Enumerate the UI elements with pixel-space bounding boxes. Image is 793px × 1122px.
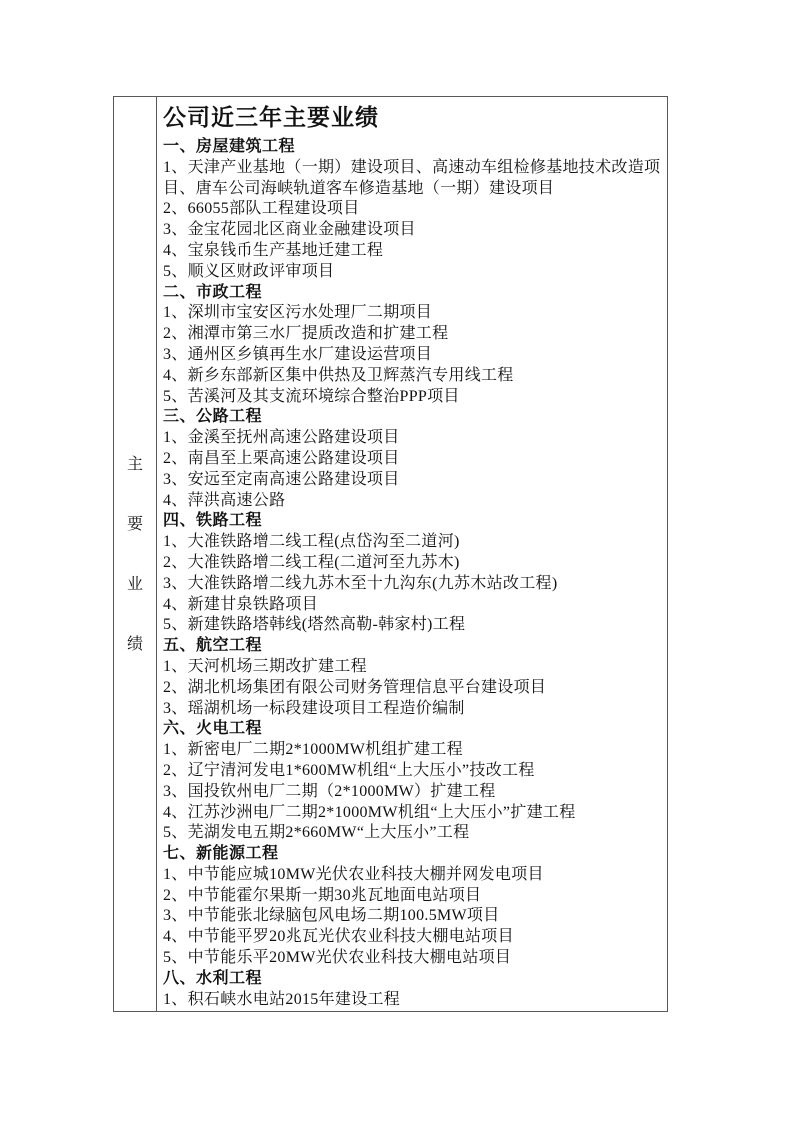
section-item: 5、顺义区财政评审项目 <box>163 262 661 283</box>
section-heading: 二、市政工程 <box>163 283 661 304</box>
section-item: 3、安远至定南高速公路建设项目 <box>163 470 661 491</box>
section-item: 3、大准铁路增二线九苏木至十九沟东(九苏木站改工程) <box>163 574 661 595</box>
section-item: 5、新建铁路塔韩线(塔然高勒-韩家村)工程 <box>163 615 661 636</box>
section-item: 4、宝泉钱币生产基地迁建工程 <box>163 241 661 262</box>
performance-table: 主 要 业 绩 公司近三年主要业绩 一、房屋建筑工程1、天津产业基地（一期）建设… <box>113 96 668 1012</box>
section-heading: 六、火电工程 <box>163 719 661 740</box>
section-item: 1、中节能应城10MW光伏农业科技大棚并网发电项目 <box>163 865 661 886</box>
row-header-char: 主 <box>127 456 143 473</box>
section-item: 4、中节能平罗20兆瓦光伏农业科技大棚电站项目 <box>163 927 661 948</box>
row-header-char: 绩 <box>127 636 143 653</box>
page-title: 公司近三年主要业绩 <box>163 102 661 133</box>
section-item: 3、通州区乡镇再生水厂建设运营项目 <box>163 345 661 366</box>
section-heading: 八、水利工程 <box>163 969 661 990</box>
section-item: 2、湖北机场集团有限公司财务管理信息平台建设项目 <box>163 678 661 699</box>
section-item: 4、新乡东部新区集中供热及卫辉蒸汽专用线工程 <box>163 366 661 387</box>
section-item: 2、中节能霍尔果斯一期30兆瓦地面电站项目 <box>163 886 661 907</box>
section-item: 5、中节能乐平20MW光伏农业科技大棚电站项目 <box>163 948 661 969</box>
sections-container: 一、房屋建筑工程1、天津产业基地（一期）建设项目、高速动车组检修基地技术改造项目… <box>163 137 661 1010</box>
document-page: 主 要 业 绩 公司近三年主要业绩 一、房屋建筑工程1、天津产业基地（一期）建设… <box>0 0 793 1122</box>
section-item: 3、中节能张北绿脑包风电场二期100.5MW项目 <box>163 906 661 927</box>
section-item: 5、芜湖发电五期2*660MW“上大压小”工程 <box>163 823 661 844</box>
section-item: 2、辽宁清河发电1*600MW机组“上大压小”技改工程 <box>163 761 661 782</box>
section-heading: 三、公路工程 <box>163 407 661 428</box>
section-heading: 五、航空工程 <box>163 636 661 657</box>
row-header-char: 要 <box>127 516 143 533</box>
section-item: 4、江苏沙洲电厂二期2*1000MW机组“上大压小”扩建工程 <box>163 803 661 824</box>
section-item: 2、66055部队工程建设项目 <box>163 199 661 220</box>
section-item: 1、深圳市宝安区污水处理厂二期项目 <box>163 303 661 324</box>
section-item: 5、苦溪河及其支流环境综合整治PPP项目 <box>163 387 661 408</box>
section-item: 3、瑶湖机场一标段建设项目工程造价编制 <box>163 699 661 720</box>
section-item: 3、金宝花园北区商业金融建设项目 <box>163 220 661 241</box>
section-heading: 一、房屋建筑工程 <box>163 137 661 158</box>
content-cell: 公司近三年主要业绩 一、房屋建筑工程1、天津产业基地（一期）建设项目、高速动车组… <box>157 97 667 1011</box>
row-header-cell: 主 要 业 绩 <box>114 97 157 1011</box>
section-item: 4、萍洪高速公路 <box>163 491 661 512</box>
section-item: 1、天河机场三期改扩建工程 <box>163 657 661 678</box>
section-item: 1、金溪至抚州高速公路建设项目 <box>163 428 661 449</box>
section-item: 1、积石峡水电站2015年建设工程 <box>163 990 661 1011</box>
section-item: 1、天津产业基地（一期）建设项目、高速动车组检修基地技术改造项目、唐车公司海峡轨… <box>163 158 661 200</box>
section-item: 2、南昌至上栗高速公路建设项目 <box>163 449 661 470</box>
section-item: 1、大准铁路增二线工程(点岱沟至二道河) <box>163 532 661 553</box>
section-item: 1、新密电厂二期2*1000MW机组扩建工程 <box>163 740 661 761</box>
section-item: 2、湘潭市第三水厂提质改造和扩建工程 <box>163 324 661 345</box>
section-item: 2、大准铁路增二线工程(二道河至九苏木) <box>163 553 661 574</box>
section-heading: 四、铁路工程 <box>163 511 661 532</box>
row-header-char: 业 <box>127 576 143 593</box>
section-item: 3、国投钦州电厂二期（2*1000MW）扩建工程 <box>163 782 661 803</box>
section-item: 4、新建甘泉铁路项目 <box>163 595 661 616</box>
section-heading: 七、新能源工程 <box>163 844 661 865</box>
